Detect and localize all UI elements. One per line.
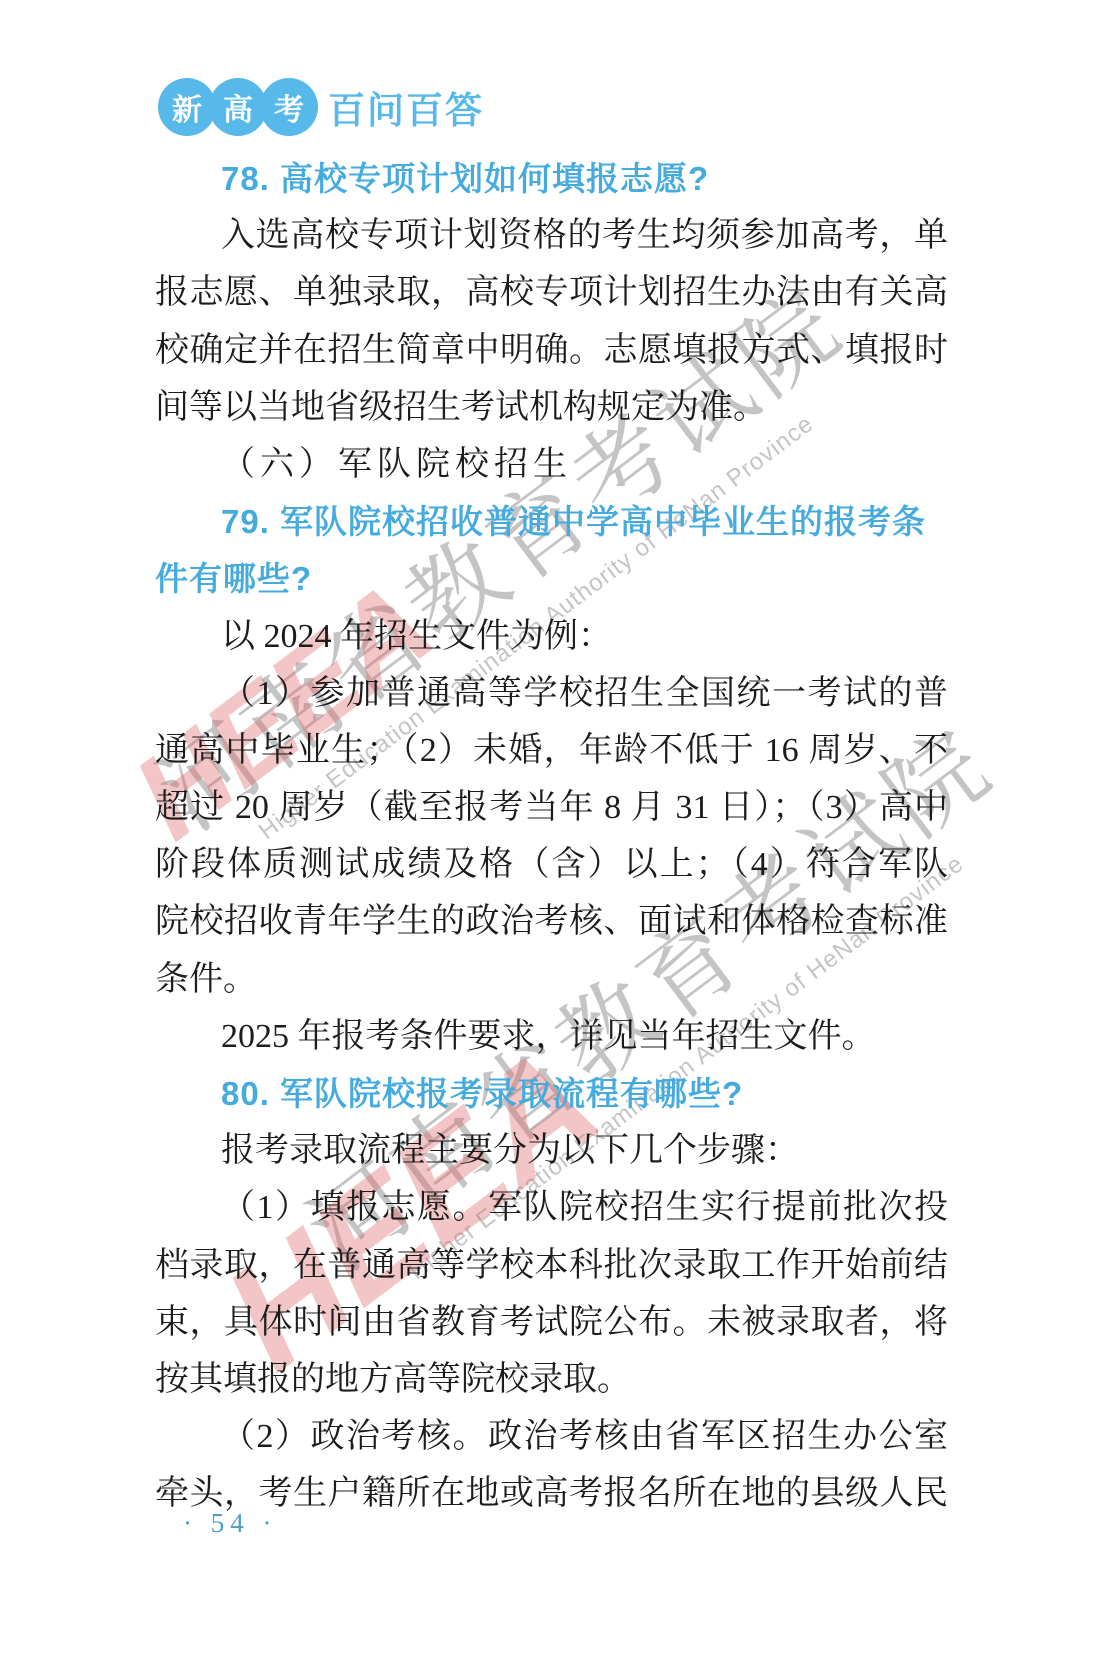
body-text-line: 院校招收青年学生的政治考核、面试和体格检查标准 [155,893,948,950]
body-text-line: （2）政治考核。政治考核由省军区招生办公室 [155,1408,948,1465]
page-text-column: 78. 高校专项计划如何填报志愿?入选高校专项计划资格的考生均须参加高考，单报志… [155,150,948,1523]
body-text-line: 报考录取流程主要分为以下几个步骤： [155,1122,948,1179]
logo-circle-icon: 新 [158,78,216,136]
body-text-line: 报志愿、单独录取，高校专项计划招生办法由有关高 [155,264,948,321]
body-text-line: 通高中毕业生；（2）未婚，年龄不低于 16 周岁、不 [155,722,948,779]
body-text-line: 档录取，在普通高等学校本科批次录取工作开始前结 [155,1237,948,1294]
body-text-line: 条件。 [155,951,948,1008]
body-text-line: 超过 20 周岁（截至报考当年 8 月 31 日）；（3）高中 [155,779,948,836]
logo-circle-icon: 高 [209,78,267,136]
question-heading-line: 78. 高校专项计划如何填报志愿? [155,150,948,207]
book-logo: 新 高 考 百问百答 [158,76,484,138]
book-page: 河南省教育考试院Higher Education Examination Aut… [0,0,1102,1654]
question-heading-line: 80. 军队院校报考录取流程有哪些? [155,1065,948,1122]
body-text-line: 以 2024 年招生文件为例： [155,608,948,665]
page-number: · 54 · [183,1508,277,1539]
body-text-line: 束，具体时间由省教育考试院公布。未被录取者，将 [155,1294,948,1351]
body-text-line: 间等以当地省级招生考试机构规定为准。 [155,379,948,436]
question-heading-line: 79. 军队院校招收普通中学高中毕业生的报考条 [155,493,948,550]
question-heading-line: 件有哪些? [155,550,948,607]
body-text-line: 阶段体质测试成绩及格（含）以上；（4）符合军队 [155,836,948,893]
body-text-line: （1）参加普通高等学校招生全国统一考试的普 [155,665,948,722]
body-text-line: 入选高校专项计划资格的考生均须参加高考，单 [155,207,948,264]
body-text-line: 校确定并在招生简章中明确。志愿填报方式、填报时 [155,322,948,379]
logo-title: 百问百答 [328,80,484,134]
body-text-line: 2025 年报考条件要求，详见当年招生文件。 [155,1008,948,1065]
body-text-line: （1）填报志愿。军队院校招生实行提前批次投 [155,1179,948,1236]
section-heading-line: （六）军队院校招生 [155,436,948,493]
body-text-line: 按其填报的地方高等院校录取。 [155,1351,948,1408]
logo-circle-icon: 考 [260,78,318,136]
